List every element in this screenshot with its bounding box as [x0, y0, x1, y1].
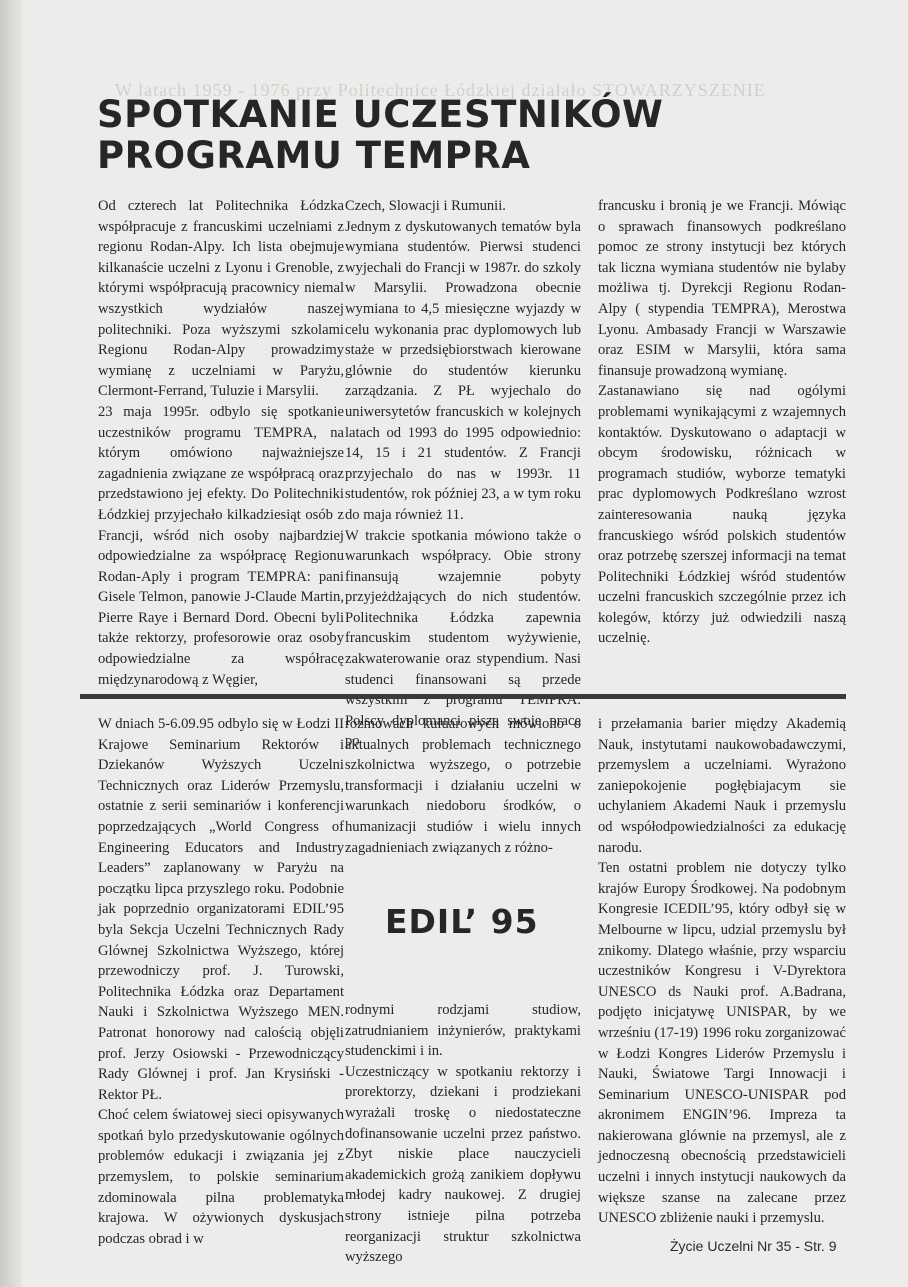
paragraph: W dniach 5-6.09.95 odbylo się w Łodzi II… — [98, 714, 344, 1105]
paragraph: Czech, Slowacji i Rumunii. — [345, 196, 581, 217]
article2-column-2-bottom: rodnymi rodzjami studiow, zatrudnianiem … — [345, 1000, 581, 1268]
paragraph: Od czterech lat Politechnika Łódzka wspó… — [98, 196, 344, 402]
article1-column-1: Od czterech lat Politechnika Łódzka wspó… — [98, 196, 344, 690]
article2-title: EDIL’ 95 — [385, 902, 539, 941]
scan-page-edge — [0, 0, 22, 1287]
article2-column-3: i przełamania barier między Akademią Nau… — [598, 714, 846, 1229]
paragraph: francusku i bronią je we Francji. Mówiąc… — [598, 196, 846, 381]
article-title-line-1: SPOTKANIE UCZESTNIKÓW — [97, 94, 663, 135]
paragraph: rozmowach kuluarowych mówiono o aktualny… — [345, 714, 581, 858]
article-title-line-2: PROGRAMU TEMPRA — [97, 135, 663, 176]
paragraph: Zastanawiano się nad ogólymi problemami … — [598, 381, 846, 649]
article1-column-3: francusku i bronią je we Francji. Mówiąc… — [598, 196, 846, 649]
article-title: SPOTKANIE UCZESTNIKÓW PROGRAMU TEMPRA — [97, 94, 663, 176]
paragraph: Choć celem światowej sieci opisywanych s… — [98, 1105, 344, 1249]
section-divider — [80, 694, 846, 699]
paragraph: Ten ostatni problem nie dotyczy tylko kr… — [598, 858, 846, 1229]
article2-column-1: W dniach 5-6.09.95 odbylo się w Łodzi II… — [98, 714, 344, 1249]
paragraph: i przełamania barier między Akademią Nau… — [598, 714, 846, 858]
page-footer: Życie Uczelni Nr 35 - Str. 9 — [670, 1238, 837, 1254]
paragraph: rodnymi rodzjami studiow, zatrudnianiem … — [345, 1000, 581, 1062]
paragraph: 23 maja 1995r. odbylo się spotkanie ucze… — [98, 402, 344, 690]
paragraph: Uczestniczący w spotkaniu rektorzy i pro… — [345, 1062, 581, 1268]
article1-column-2: Czech, Slowacji i Rumunii. Jednym z dysk… — [345, 196, 581, 752]
paragraph: Jednym z dyskutowanych tematów byla wymi… — [345, 217, 581, 526]
article2-column-2-top: rozmowach kuluarowych mówiono o aktualny… — [345, 714, 581, 858]
